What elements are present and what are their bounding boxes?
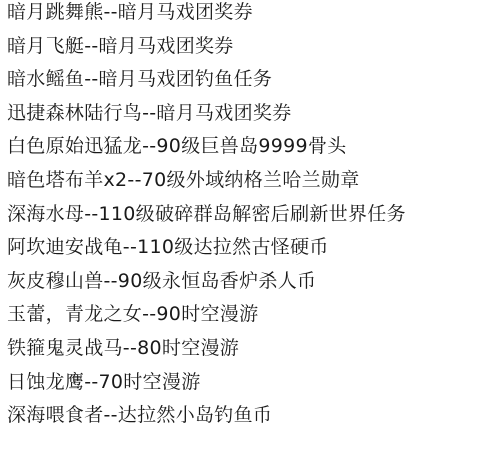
list-item: 暗月跳舞熊--暗月马戏团奖券	[7, 0, 406, 30]
list-item: 铁箍鬼灵战马--80时空漫游	[7, 332, 406, 366]
list-item: 玉蕾，青龙之女--90时空漫游	[7, 298, 406, 332]
mount-source-list: 暗月跳舞熊--暗月马戏团奖券 暗月飞艇--暗月马戏团奖券 暗水鳐鱼--暗月马戏团…	[7, 0, 406, 433]
list-item: 暗水鳐鱼--暗月马戏团钓鱼任务	[7, 63, 406, 97]
list-item: 灰皮穆山兽--90级永恒岛香炉杀人币	[7, 265, 406, 299]
list-item: 暗月飞艇--暗月马戏团奖券	[7, 30, 406, 64]
list-item: 暗色塔布羊x2--70级外域纳格兰哈兰勋章	[7, 164, 406, 198]
list-item: 深海喂食者--达拉然小岛钓鱼币	[7, 399, 406, 433]
list-item: 日蚀龙鹰--70时空漫游	[7, 366, 406, 400]
list-item: 深海水母--110级破碎群岛解密后刷新世界任务	[7, 198, 406, 232]
list-item: 迅捷森林陆行鸟--暗月马戏团奖券	[7, 97, 406, 131]
list-item: 白色原始迅猛龙--90级巨兽岛9999骨头	[7, 130, 406, 164]
list-item: 阿坎迪安战龟--110级达拉然古怪硬币	[7, 231, 406, 265]
